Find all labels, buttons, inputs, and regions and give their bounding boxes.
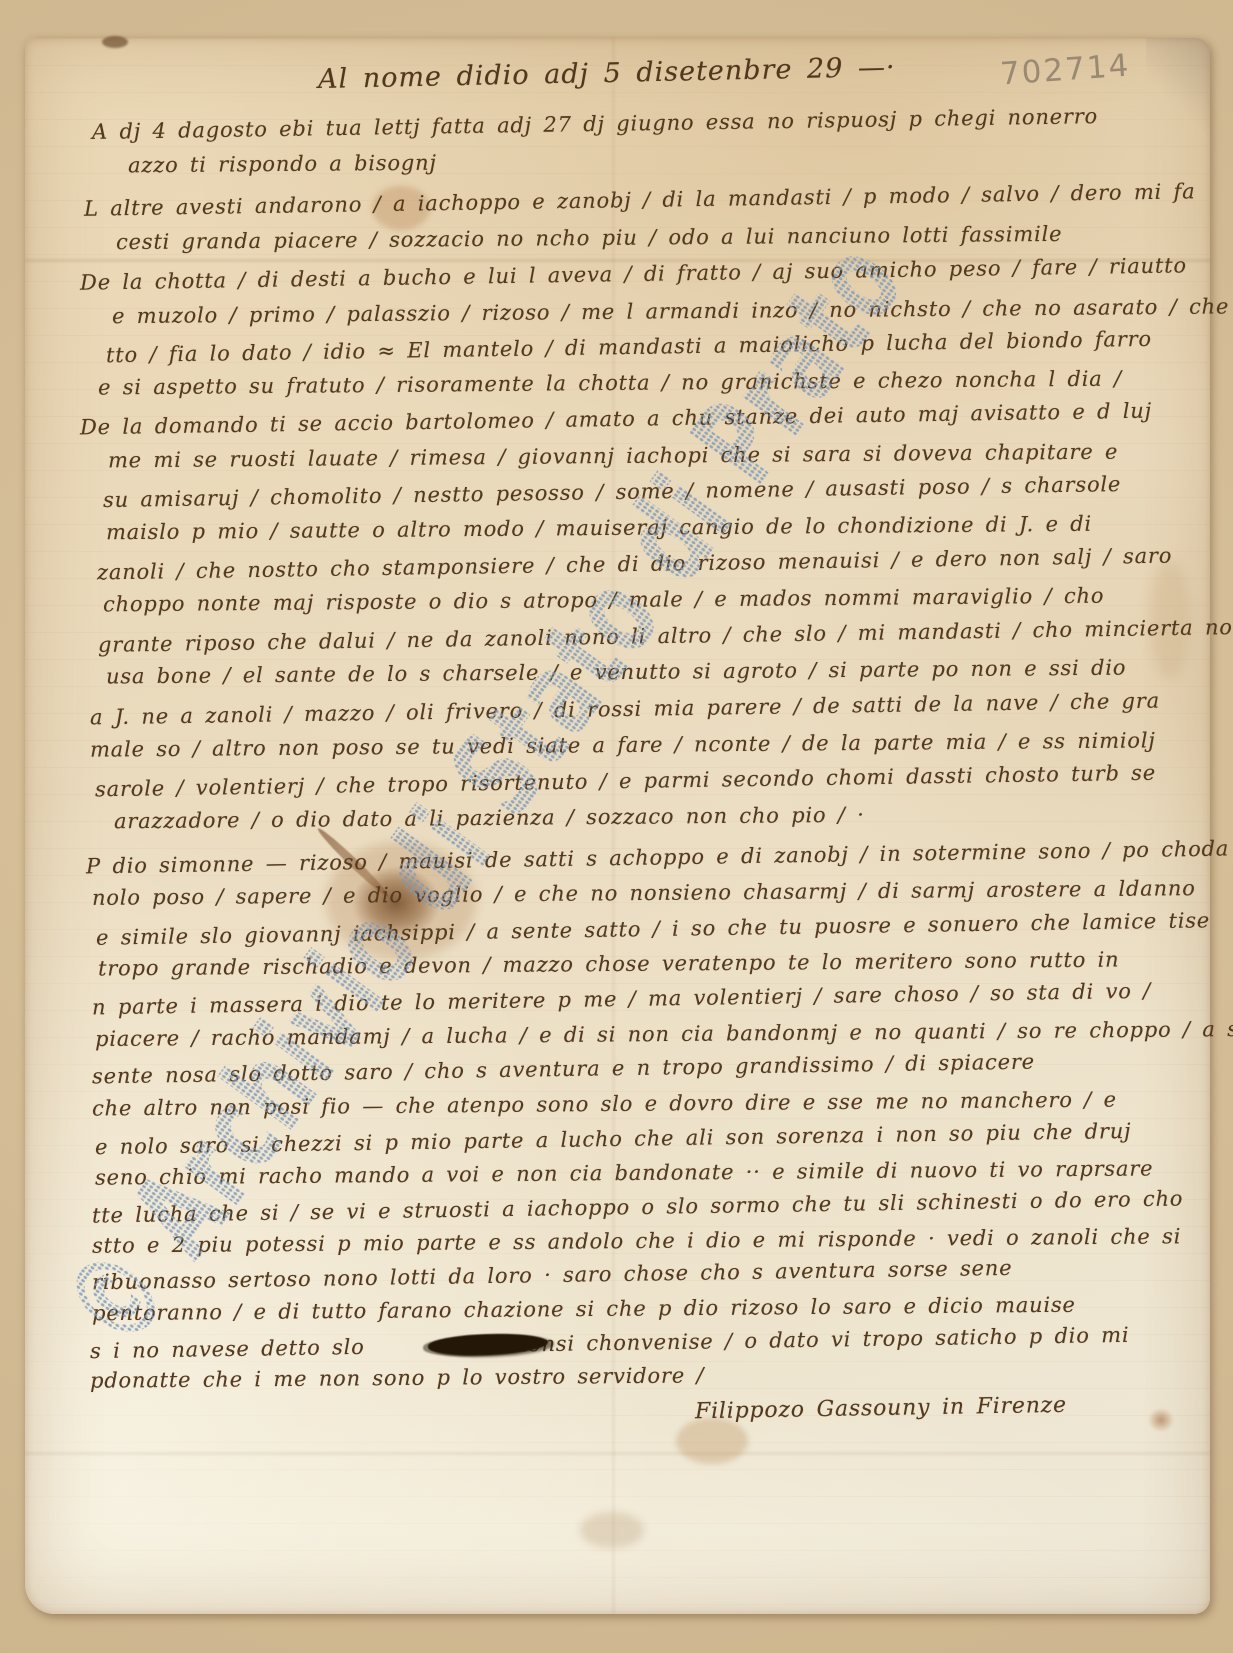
manuscript-line: piacere / racho mandamj / a lucha / e di… — [95, 1017, 1233, 1051]
manuscript-line: che altro non posi fio — che atenpo sono… — [92, 1088, 1117, 1121]
manuscript-line: P dio simonne — rizoso / mauisi de satti… — [86, 836, 1233, 879]
manuscript-line: seno chio mi racho mando a voi e non cia… — [95, 1156, 1154, 1189]
manuscript-line: tte lucha che si / se vi e struosti a ia… — [92, 1186, 1184, 1227]
manuscript-line: e muzolo / primo / palasszio / rizoso / … — [112, 294, 1233, 328]
manuscript-line: pdonatte che i me non sono p lo vostro s… — [90, 1363, 705, 1392]
manuscript-line: azzo ti rispondo a bisognj — [128, 151, 437, 178]
manuscript-line: L altre avesti andarono / a iachoppo e z… — [84, 179, 1196, 220]
manuscript-line: sente nosa slo dotto saro / cho s aventu… — [92, 1050, 1035, 1089]
manuscript-line: tto / fia lo dato / idio ≈ El mantelo / … — [106, 327, 1152, 367]
manuscript-line: tropo grande rischadio e devon / mazzo c… — [98, 948, 1120, 981]
manuscript-line: n parte i massera i dio te lo meritere p… — [92, 979, 1151, 1020]
manuscript-line: arazzadore / o dio dato a li pazienza / … — [114, 803, 865, 834]
manuscript-line: e simile slo giovannj iachsippi / a sent… — [96, 908, 1210, 949]
manuscript-line: s i no navese detto slo nonsi chonvenise… — [90, 1323, 1130, 1363]
manuscript-line: e si aspetto su fratuto / risoramente la… — [98, 367, 1122, 400]
manuscript-line: a J. ne a zanoli / mazzo / oli frivero /… — [90, 689, 1160, 730]
manuscript-line: De la chotta / di desti a bucho e lui l … — [80, 253, 1187, 294]
manuscript-line: maislo p mio / sautte o altro modo / mau… — [106, 512, 1092, 545]
manuscript-line: sarole / volentierj / che tropo risorten… — [95, 761, 1156, 802]
manuscript-line: stto e 2 piu potessi p mio parte e ss an… — [92, 1224, 1181, 1258]
manuscript-line: me mi se ruosti lauate / rimesa / giovan… — [108, 440, 1118, 473]
manuscript-line: A dj 4 dagosto ebi tua lettj fatta adj 2… — [92, 104, 1098, 144]
scanned-letter-canvas: Al nome didio adj 5 disetenbre 29 —· 702… — [0, 0, 1233, 1653]
manuscript-line: choppo nonte maj risposte o dio s atropo… — [103, 584, 1104, 617]
manuscript-line: su amisaruj / chomolito / nestto pesosso… — [103, 472, 1121, 512]
manuscript-line: De la domando ti se accio bartolomeo / a… — [80, 399, 1152, 440]
manuscript-line: cesti granda piacere / sozzacio no ncho … — [116, 222, 1062, 254]
manuscript-line: nolo poso / sapere / e dio voglio / e ch… — [92, 876, 1196, 910]
manuscript-line: male so / altro non poso se tu vedi siat… — [90, 728, 1156, 761]
manuscript-line: ribuonasso sertoso nono lotti da loro · … — [92, 1256, 1013, 1294]
manuscript-line: pentoranno / e di tutto farano chazione … — [92, 1293, 1076, 1326]
manuscript-line: usa bone / el sante de lo s charsele / e… — [106, 656, 1126, 689]
manuscript-line: grante riposo che dalui / ne da zanoli n… — [98, 615, 1233, 657]
manuscript-line: e nolo saro si chezzi si p mio parte a l… — [95, 1119, 1132, 1159]
manuscript-line: zanoli / che nostto cho stamponsiere / c… — [97, 544, 1172, 585]
